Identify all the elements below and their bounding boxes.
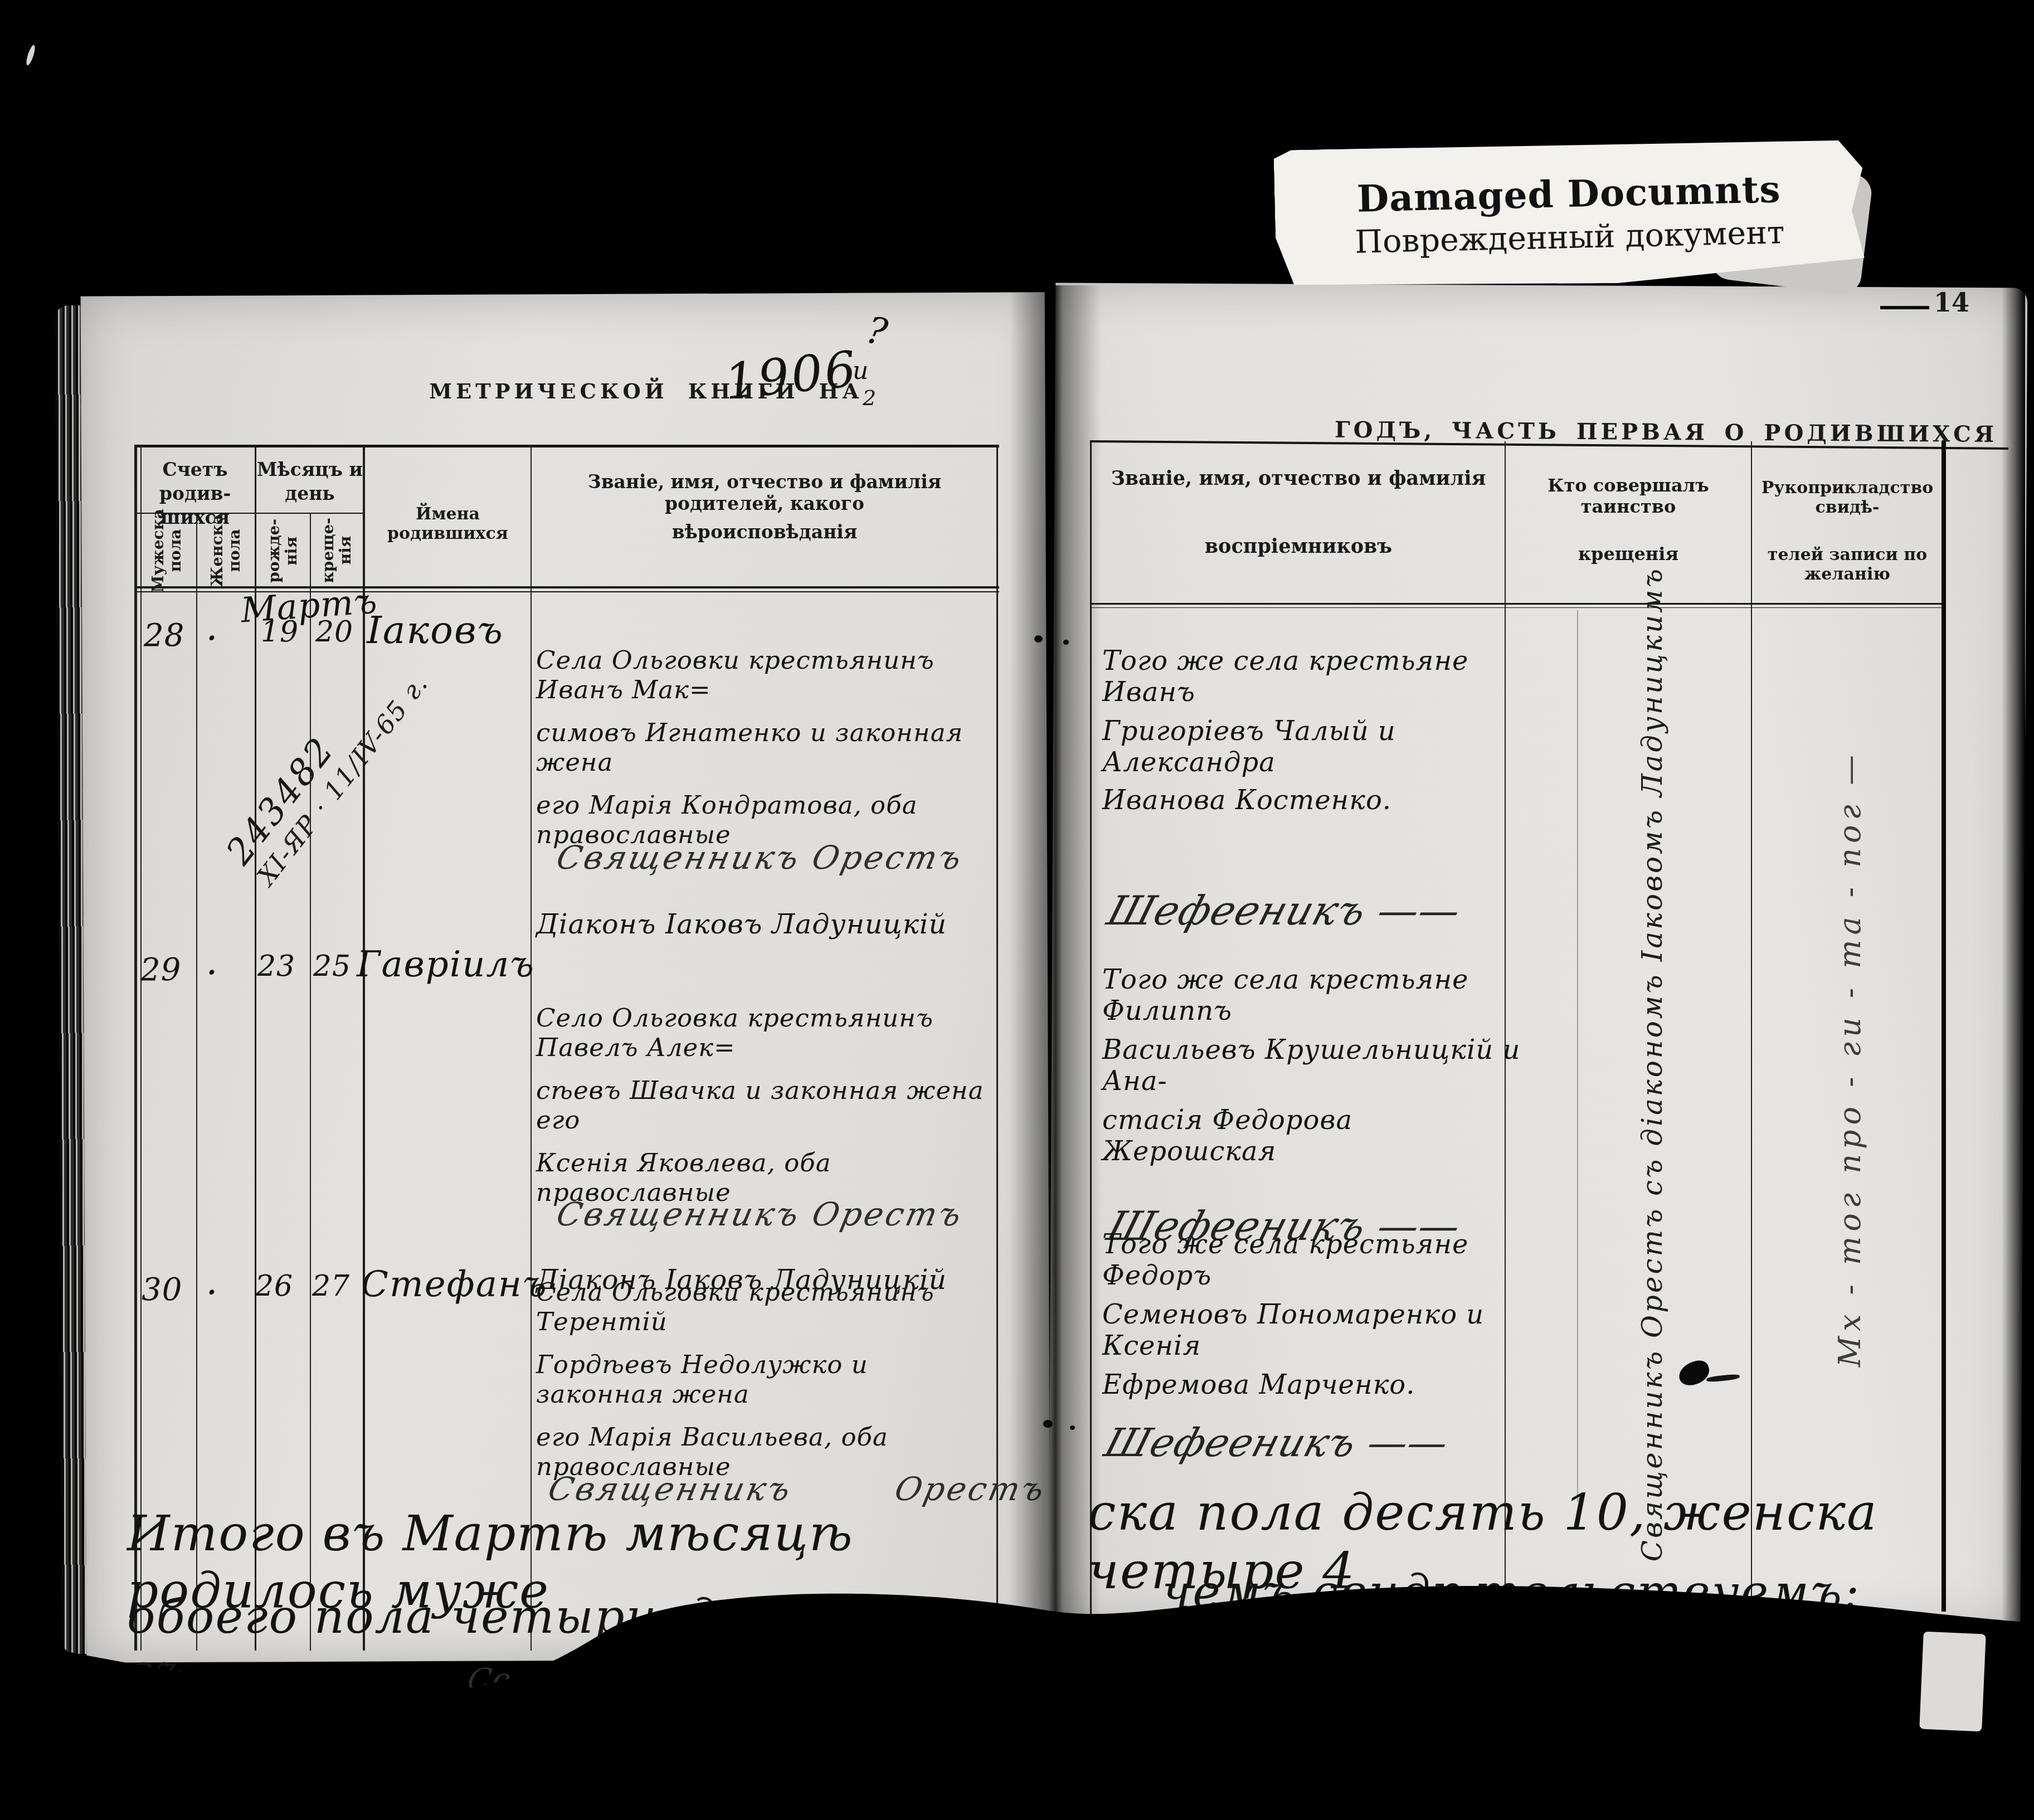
record-number: 29 <box>140 952 181 988</box>
record-child-name: Гавріилъ <box>357 944 535 985</box>
record-birth-day: 19 <box>261 615 299 649</box>
record-godparents-line: Иванова Костенко. <box>1102 785 1526 816</box>
left-border-outer <box>134 445 137 1651</box>
header-female: Женска пола <box>208 514 244 587</box>
record-priest-signature: Священникъ Орестъ <box>545 1470 1050 1508</box>
col-line-officiant-witnesses <box>1751 441 1752 1606</box>
header-witnesses-l2: телей записи по желанію <box>1753 545 1941 584</box>
col-line-godparents-officiant <box>1505 441 1506 1617</box>
ink-dot <box>1034 635 1043 643</box>
record-parents-line: Село Ольговка крестьянинъ Павелъ Алек= <box>536 1003 1004 1062</box>
left-border-inner <box>140 445 142 1651</box>
record-godparents-line: Васильевъ Крушельницкій и Ана- <box>1102 1034 1526 1097</box>
record-child-name: Стефанъ <box>361 1264 548 1305</box>
record-number: 30 <box>142 1272 182 1308</box>
header-names: Ймена родившихся <box>365 504 531 543</box>
ink-dot <box>1063 640 1069 645</box>
bottom-page-tab <box>1919 1632 1986 1732</box>
header-male: Мужеска пола <box>149 509 184 592</box>
bottom-black-edge <box>0 1555 2034 1820</box>
header-birth-cell: рожде- нія <box>256 516 310 585</box>
book-gutter <box>1010 285 1101 1662</box>
record-child-name: Іаковъ <box>367 609 504 653</box>
record-baptism-day: 27 <box>312 1269 350 1303</box>
record-godparents-line: Ефремова Марченко. <box>1102 1369 1526 1400</box>
record-godparents-line: стасія Федорова Жерошская <box>1102 1104 1526 1167</box>
col-line-names-parents <box>531 445 532 1651</box>
record-witness-signature: Шефееникъ —— <box>1099 1420 1454 1466</box>
record-priest-signature: Священникъ Орестъ <box>553 839 967 877</box>
ink-dot <box>1070 1425 1075 1430</box>
header-godparents-l1: Званіе, имя, отчество и фамилія <box>1092 467 1505 490</box>
left-page-year-den: 2 <box>863 386 877 410</box>
record-godparents-line: Того же села крестьяне Федоръ <box>1102 1229 1526 1291</box>
header-month-group: Мѣсяцъ и день <box>256 458 363 506</box>
record-female-mark: · <box>207 957 217 987</box>
officiant-column-crease <box>1577 610 1578 1502</box>
record-female-mark: · <box>207 623 217 653</box>
record-birth-day: 26 <box>255 1269 293 1303</box>
record-number: 28 <box>144 617 184 654</box>
record-parents-line: Гордѣевъ Недолужко и законная жена <box>536 1350 1004 1409</box>
header-witnesses-l1: Рукоприкладство свидѣ- <box>1753 478 1941 517</box>
right-header-bottom-rule2 <box>1090 607 1945 608</box>
record-parents-line: симовъ Игнатенко и законная жена <box>536 718 1004 777</box>
left-table-top-rule <box>134 445 999 447</box>
col-line-birth-baptism <box>310 513 311 1651</box>
record-baptism-day: 25 <box>313 950 351 983</box>
record-deacon-line: Діаконъ Іаковъ Ладуницкій <box>536 908 947 940</box>
header-parents-l2: вѣроисповѣданія <box>533 521 996 543</box>
page-number: 14 <box>1934 288 1969 318</box>
col-line-male-female <box>196 513 197 1651</box>
header-birth: рожде- нія <box>265 519 300 583</box>
officiant-vertical-entry: Священникъ Орестъ съ діакономъ Іаковомъ … <box>1637 567 1668 1561</box>
header-baptism: креще- нія <box>319 518 354 583</box>
header-officiant-l2: крещенія <box>1506 543 1751 565</box>
record-parents-line: Села Ольговки крестьянинъ Терентій <box>536 1277 1004 1336</box>
margin-marks: Мх - тог про - ги - та - пог — <box>1833 750 1867 1367</box>
ink-dot <box>1043 1420 1053 1428</box>
header-baptism-cell: креще- нія <box>311 516 363 585</box>
header-officiant-l1: Кто совершалъ таинство <box>1506 475 1751 517</box>
margin-marks-cell: Мх - тог про - ги - та - пог — <box>1814 646 1886 1471</box>
record-godparents-line: Того же села крестьяне Филиппъ <box>1102 964 1526 1026</box>
left-page-year-num: и <box>853 357 869 385</box>
header-female-cell: Женска пола <box>197 516 255 585</box>
header-male-cell: Мужеска пола <box>137 516 196 585</box>
record-female-mark: · <box>207 1277 217 1307</box>
col-line-month-names <box>363 445 365 1651</box>
record-parents-line: Села Ольговки крестьянинъ Иванъ Мак= <box>536 645 1004 704</box>
right-page-edge <box>2002 285 2025 1628</box>
corner-speck <box>25 44 36 66</box>
right-header-bottom-rule <box>1090 603 1945 605</box>
scanned-registry-spread: Damaged Documnts Поврежденный документ 1… <box>0 0 2034 1820</box>
record-birth-day: 23 <box>257 950 295 983</box>
record-witness-signature: Шефееникъ —— <box>1102 887 1467 934</box>
record-baptism-day: 20 <box>315 615 353 649</box>
record-parents-line: сѣевъ Швачка и законная жена его <box>536 1076 1004 1135</box>
record-godparents-line: Того же села крестьяне Иванъ <box>1102 645 1526 708</box>
tag-subtitle: Поврежденный документ <box>1355 214 1785 260</box>
page-number-dash <box>1880 306 1929 309</box>
record-godparents-line: Григоріевъ Чалый и Александра <box>1102 716 1526 778</box>
record-godparents-line: Семеновъ Пономаренко и Ксенія <box>1102 1299 1526 1361</box>
header-parents-l1: Званіе, имя, отчество и фамилія родителе… <box>533 471 996 514</box>
right-table-right-border <box>1941 441 1946 1612</box>
header-godparents-l2: воспріемниковъ <box>1092 535 1505 558</box>
record-priest-signature: Священникъ Орестъ <box>553 1195 967 1233</box>
tag-title: Damaged Documnts <box>1356 167 1781 220</box>
